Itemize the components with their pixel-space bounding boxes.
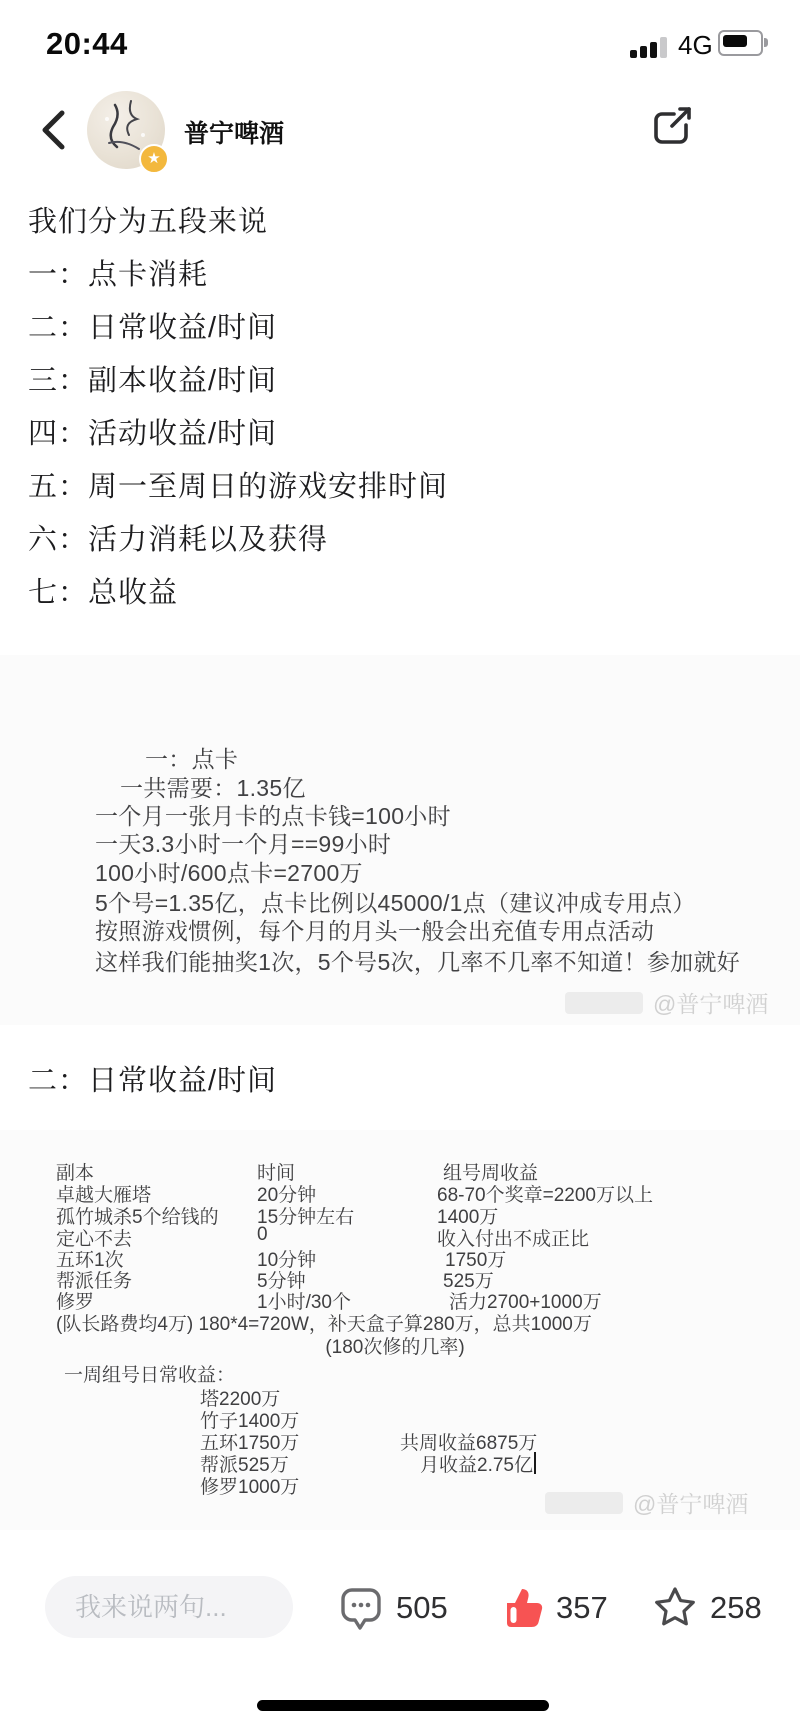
outline-item-7: 七：总收益 <box>28 570 178 611</box>
monthly-total-text: 月收益2.75亿 <box>420 1455 533 1476</box>
thumbs-up-icon <box>496 1582 546 1632</box>
watermark-1: @普宁啤酒 <box>565 986 768 1019</box>
text-cursor <box>534 1452 536 1474</box>
section1-line-3: 100小时/600点卡=2700万 <box>95 855 363 888</box>
watermark-logo <box>545 1492 623 1514</box>
comment-button[interactable] <box>338 1584 384 1639</box>
username[interactable]: 普宁啤酒 <box>184 114 284 150</box>
back-button[interactable] <box>38 108 68 157</box>
comment-count: 505 <box>396 1590 448 1626</box>
like-count: 357 <box>556 1590 608 1626</box>
weekly-item: 修罗1000万 <box>200 1472 299 1499</box>
table-row: 0 <box>257 1224 268 1246</box>
chevron-left-icon <box>38 108 68 152</box>
watermark-text: @普宁啤酒 <box>633 1486 748 1519</box>
favorite-count: 258 <box>710 1590 762 1626</box>
clock-text: 20:44 <box>46 26 128 61</box>
table-note-2: (180次修的几率) <box>0 1332 790 1359</box>
signal-strength-icon <box>630 37 667 58</box>
home-indicator[interactable] <box>257 1700 549 1711</box>
outline-item-5: 五：周一至周日的游戏安排时间 <box>28 464 448 505</box>
watermark-text: @普宁啤酒 <box>653 986 768 1019</box>
watermark-logo <box>565 992 643 1014</box>
comment-input[interactable]: 我来说两句... <box>45 1576 293 1638</box>
network-type-label: 4G <box>678 30 713 61</box>
verified-star-badge: ★ <box>139 144 169 174</box>
outline-item-2: 二：日常收益/时间 <box>28 305 277 346</box>
star-icon <box>650 1583 700 1633</box>
favorite-button[interactable] <box>650 1583 700 1638</box>
app-screen: 20:44 4G ★ 普宁啤酒 我们分为五段来说 一：点卡消耗 二：日常收益/时… <box>0 0 800 1732</box>
post-intro: 我们分为五段来说 <box>28 199 268 240</box>
watermark-2: @普宁啤酒 <box>545 1486 748 1519</box>
monthly-total: 月收益2.75亿 <box>420 1450 536 1477</box>
weekly-title: 一周组号日常收益： <box>64 1360 235 1387</box>
table-row: 15分钟左右 <box>257 1202 354 1229</box>
outline-item-4: 四：活动收益/时间 <box>28 411 277 452</box>
share-icon <box>648 104 694 150</box>
section1-line-6: 这样我们能抽奖1次，5个号5次，几率不几率不知道！参加就好 <box>95 944 740 977</box>
section1-line-5: 按照游戏惯例，每个月的月头一般会出充值专用点活动 <box>95 913 654 946</box>
comment-bubble-icon <box>338 1584 384 1634</box>
like-button[interactable] <box>496 1582 546 1637</box>
outline-item-6: 六：活力消耗以及获得 <box>28 517 328 558</box>
outline-item-1: 一：点卡消耗 <box>28 252 208 293</box>
section2-heading: 二：日常收益/时间 <box>28 1058 277 1099</box>
outline-item-3: 三：副本收益/时间 <box>28 358 277 399</box>
battery-icon <box>718 30 763 56</box>
share-button[interactable] <box>648 104 694 155</box>
status-bar-time: 20:44 <box>46 26 128 62</box>
